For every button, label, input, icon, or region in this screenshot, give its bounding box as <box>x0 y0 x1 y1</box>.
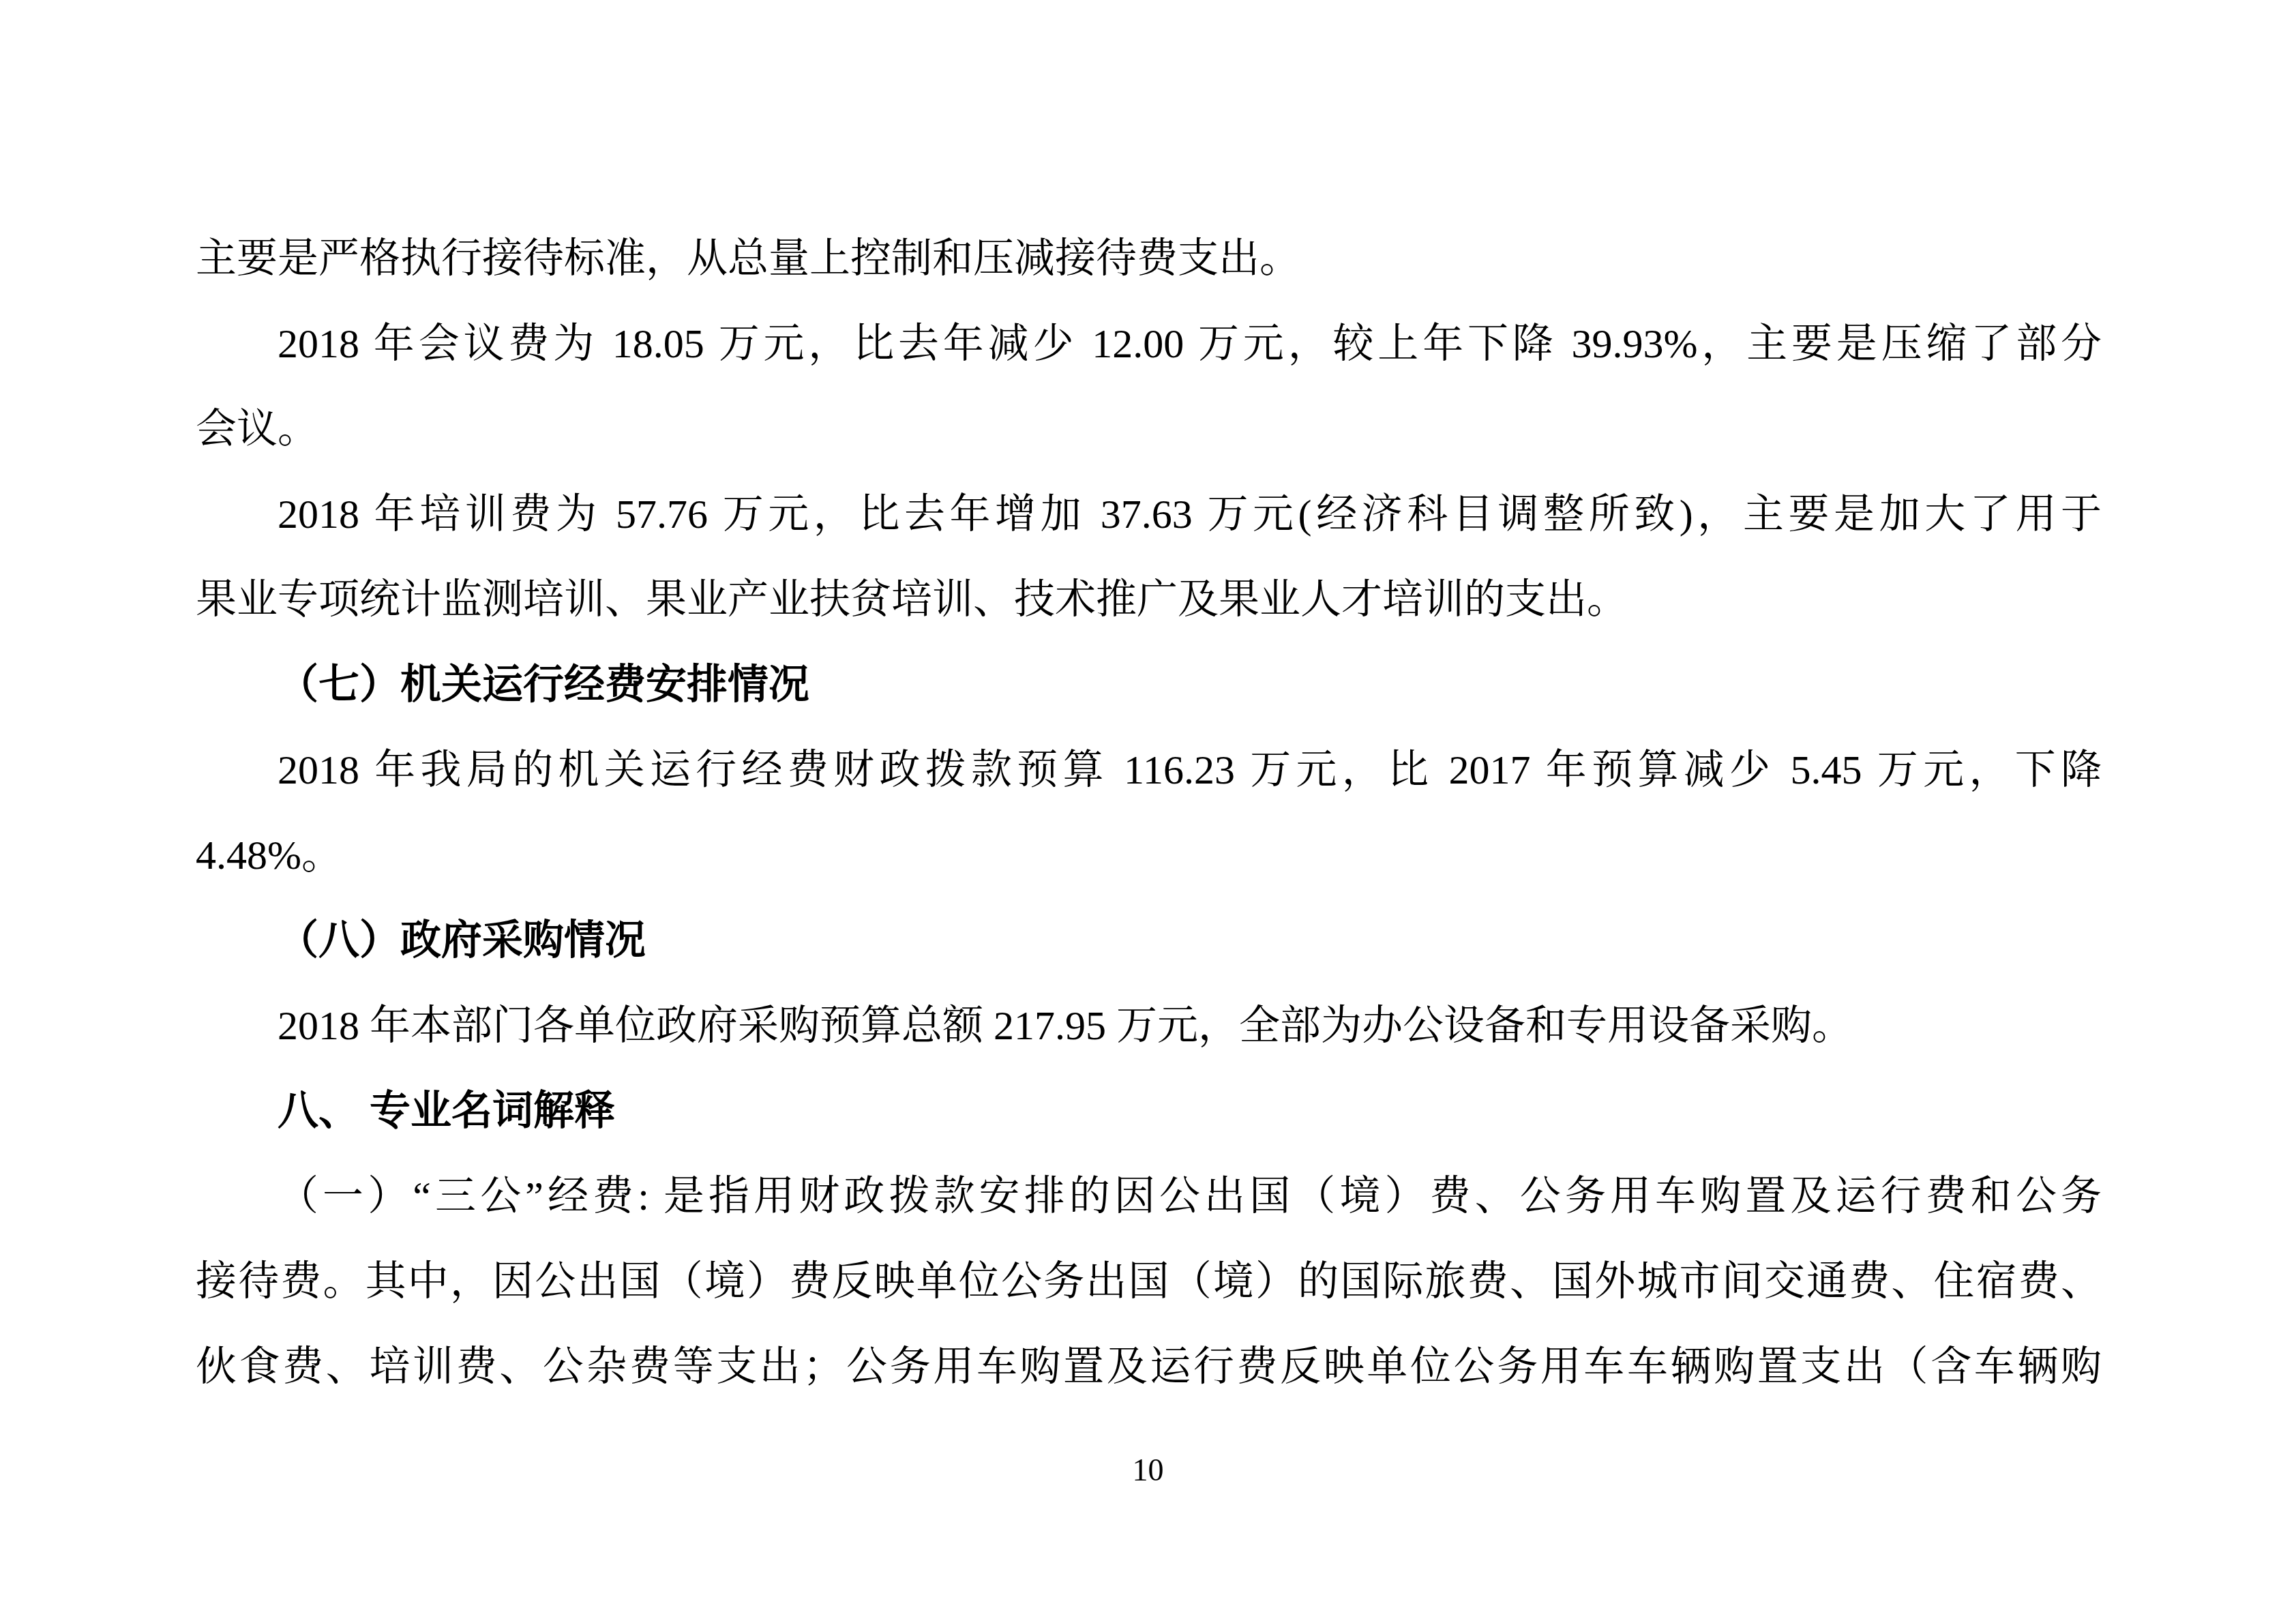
page-number: 10 <box>0 1451 2296 1489</box>
heading-section-7-operating-expense: （七）机关运行经费安排情况 <box>196 642 2102 728</box>
operating-expense-paragraph-line-1: 2018 年我局的机关运行经费财政拨款预算 116.23 万元，比 2017 年… <box>196 728 2102 813</box>
heading-section-8-procurement: （八）政府采购情况 <box>196 898 2102 983</box>
meeting-fee-paragraph-line-2: 会议。 <box>196 387 2102 472</box>
three-public-funds-definition-line-2: 接待费。其中，因公出国（境）费反映单位公务出国（境）的国际旅费、国外城市间交通费… <box>196 1239 2102 1324</box>
operating-expense-paragraph-line-2: 4.48%。 <box>196 813 2102 898</box>
training-fee-paragraph-line-2: 果业专项统计监测培训、果业产业扶贫培训、技术推广及果业人才培训的支出。 <box>196 557 2102 642</box>
training-fee-paragraph-line-1: 2018 年培训费为 57.76 万元，比去年增加 37.63 万元(经济科目调… <box>196 472 2102 557</box>
three-public-funds-definition-line-1: （一）“三公”经费: 是指用财政拨款安排的因公出国（境）费、公务用车购置及运行费… <box>196 1154 2102 1239</box>
procurement-paragraph-line: 2018 年本部门各单位政府采购预算总额 217.95 万元，全部为办公设备和专… <box>196 983 2102 1069</box>
meeting-fee-paragraph-line-1: 2018 年会议费为 18.05 万元，比去年减少 12.00 万元，较上年下降… <box>196 301 2102 387</box>
document-page: 主要是严格执行接待标准，从总量上控制和压减接待费支出。 2018 年会议费为 1… <box>0 0 2296 1623</box>
reception-fee-closing-line: 主要是严格执行接待标准，从总量上控制和压减接待费支出。 <box>196 216 2102 301</box>
document-text-block: 主要是严格执行接待标准，从总量上控制和压减接待费支出。 2018 年会议费为 1… <box>196 216 2102 1410</box>
heading-terms-glossary: 八、 专业名词解释 <box>196 1069 2102 1154</box>
three-public-funds-definition-line-3: 伙食费、培训费、公杂费等支出；公务用车购置及运行费反映单位公务用车车辆购置支出（… <box>196 1324 2102 1410</box>
